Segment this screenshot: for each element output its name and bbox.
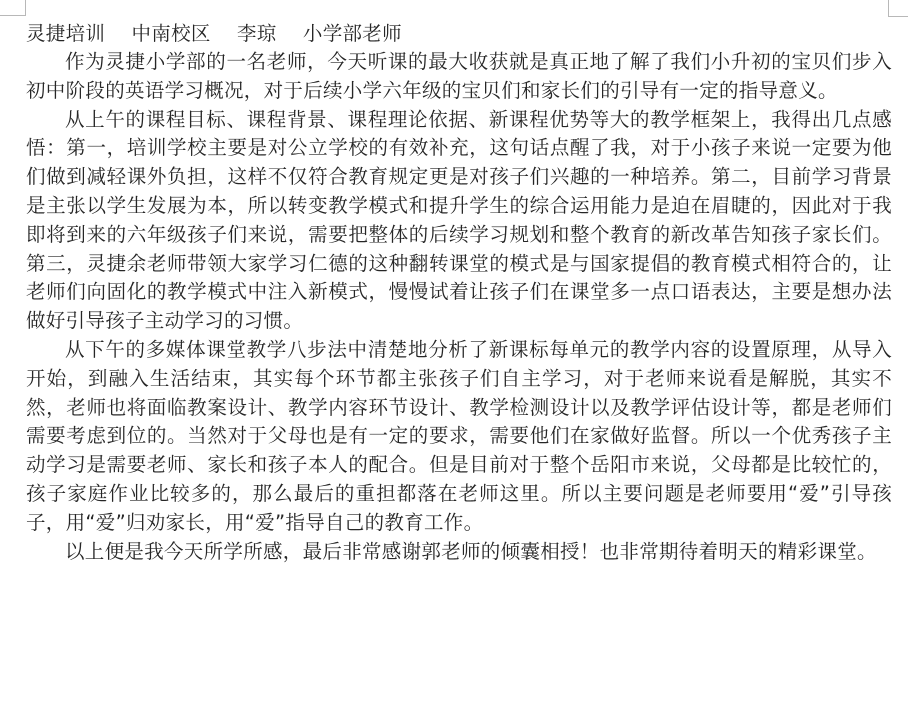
paragraph-intro: 作为灵捷小学部的一名老师，今天听课的最大收获就是真正地了解了我们小升初的宝贝们步… <box>26 48 892 106</box>
paragraph-conclusion: 以上便是我今天所学所感，最后非常感谢郭老师的倾囊相授！也非常期待着明天的精彩课堂… <box>26 538 892 567</box>
page-corner-mark-left <box>0 0 26 16</box>
paragraph-morning-session: 从上午的课程目标、课程背景、课程理论依据、新课程优势等大的教学框架上，我得出几点… <box>26 106 892 336</box>
paragraph-afternoon-session: 从下午的多媒体课堂教学八步法中清楚地分析了新课标每单元的教学内容的设置原理，从导… <box>26 336 892 538</box>
document-header: 灵捷培训 中南校区 李琼 小学部老师 <box>26 20 892 48</box>
document-body: 灵捷培训 中南校区 李琼 小学部老师 作为灵捷小学部的一名老师，今天听课的最大收… <box>26 20 892 566</box>
page-corner-mark-right <box>888 0 908 17</box>
